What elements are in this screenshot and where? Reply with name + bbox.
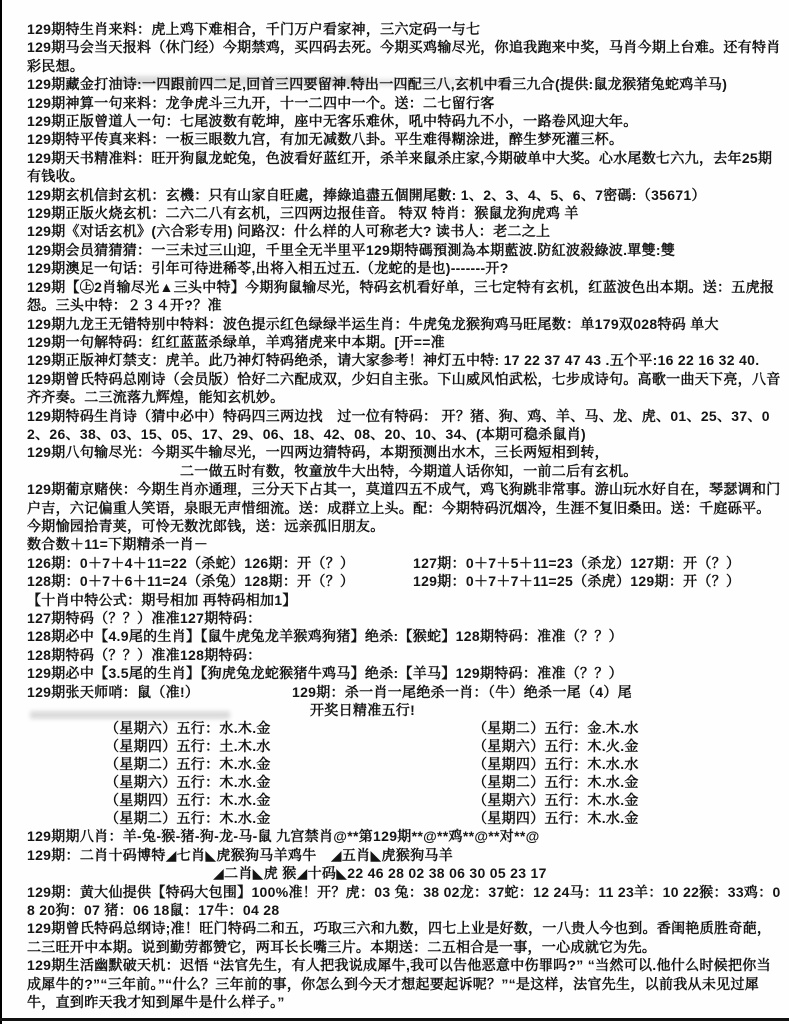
line-two-zodiac-three-heads: 129期【㊤2肖输尽光▲三头中特】今期狗鼠输尽光，特码玄机看好单，三七定特有玄机… bbox=[27, 278, 781, 315]
wuxing-cell: （星期二）五行：木.水.金 bbox=[105, 809, 473, 827]
formula-row-1: 126期：0＋7＋4＋11=22（杀蛇）126期：开（？） 127期：0＋7＋5… bbox=[27, 554, 781, 572]
formula-rule: 【十肖中特公式：期号相加 再特码相加1】 bbox=[27, 591, 781, 609]
line-fire-mystic: 129期正版火烧玄机：二六二八有玄机，三四两边报佳音。 特双 特肖：猴鼠龙狗虎鸡… bbox=[27, 204, 781, 222]
formula-header: 数合数＋11=下期精杀一肖－ bbox=[27, 535, 781, 553]
line-zengshi-outline-poem: 129期曾氏特码总纲诗;准！旺门特码二和五，巧取三六和九数，四七上业是好数，一八… bbox=[27, 919, 781, 956]
scanned-lottery-sheet: { "page": { "background": "#fefefe", "in… bbox=[0, 0, 789, 1024]
line-mystic-envelope: 129期玄机信封玄机：玄機：只有山家自旺處，捧綠追盡五個開尾數: 1、2、3、4… bbox=[27, 186, 781, 204]
line-eight-zodiac: 129期期八肖：羊-兔-猴-猪-狗-龙-马-鼠 九宫禁肖@**第129期**@*… bbox=[27, 827, 781, 845]
wuxing-row: （星期六）五行：木.水.金 （星期二）五行：木.水.金 bbox=[27, 773, 781, 791]
line-teping-fax-tip: 129期特平传真来料：一板三眼数九宫，有加无减数八卦。平生难得糊涂进，醉生梦死灌… bbox=[27, 130, 781, 148]
result-127: 127期特码（？？）准准127期特码： bbox=[27, 609, 781, 627]
must-hit-128: 128期必中【4.9尾的生肖】【鼠牛虎兔龙羊猴鸡狗猪】绝杀:【猴蛇】128期特码… bbox=[27, 627, 781, 645]
line-one-sentence-solve: 129期一句解特码：红红蓝蓝杀绿单，羊鸡猪虎来中本期。[开==准 bbox=[27, 333, 781, 351]
line-pujing-gambler: 129期葡京赌侠：今期生肖亦通理，三分天下占其一，莫道四五不成气，鸡飞狗跳非常事… bbox=[27, 480, 781, 535]
wuxing-cell: （星期二）五行：木.水.金 bbox=[105, 755, 473, 773]
line-hidden-gold-doggerel: 129期藏金打油诗:一四跟前四二足,回首三四要留神.特出一四配三八,玄机中看三九… bbox=[27, 75, 781, 93]
line-two-zodiac-ten-codes: 129期：二肖十码博特◢七肖◣虎猴狗马羊鸡牛 ◢五肖◣虎猴狗马羊 bbox=[27, 846, 781, 864]
wuxing-cell: （星期四）五行：木.水.金 bbox=[473, 809, 639, 827]
page-bottom-border bbox=[0, 1018, 789, 1021]
wuxing-cell: （星期二）五行：金.木.水 bbox=[473, 719, 639, 737]
line-zengshi-member-poem: 129期曾氏特码总刚诗（会员版）恰好二六配成双，少妇自主张。下山威风怕武松，七步… bbox=[27, 370, 781, 407]
line-eight-sentence-2: 二一做五时有数，牧童放牛大出特，今期道人话你知，一前二后有玄机。 bbox=[27, 462, 781, 480]
tip-sheet-body: 129期特生肖来料：虎上鸡下难相合，千门万户看家神，三六定码一与七 129期马会… bbox=[0, 0, 789, 1012]
line-aozu-sentence: 129期澳足一句话：引年可待进稀苓,出将入相五过五.（龙蛇的是也)-------… bbox=[27, 259, 781, 277]
formula-126: 126期：0＋7＋4＋11=22（杀蛇）126期：开（？） bbox=[27, 554, 413, 572]
line-tianshu-precise-tip: 129期天书精准料：旺开狗鼠龙蛇兔，色波看好蓝红开，杀羊来鼠杀庄家,今期破单中大… bbox=[27, 149, 781, 186]
line-eight-sentence-1: 129期八句输尽光：今期买牛输尽光，一四两边猜特码，本期预测出水木，三长两短相到… bbox=[27, 443, 781, 461]
result-128: 128期特码（？？）准准128期特码： bbox=[27, 646, 781, 664]
wuxing-cell: （星期四）五行：木.水.水 bbox=[473, 755, 639, 773]
wuxing-cell: （星期二）五行：木.水.金 bbox=[473, 773, 639, 791]
line-nine-dragon-king: 129期九龙王无错特别中特料：波色提示红色绿绿半运生肖：牛虎兔龙猴狗鸡马旺尾数：… bbox=[27, 315, 781, 333]
formula-129: 129期：0＋7＋7＋11=25（杀虎）129期：开（？） bbox=[413, 572, 781, 590]
formula-127: 127期：0＋7＋5＋11=23（杀龙）127期：开（？） bbox=[413, 554, 781, 572]
wuxing-cell: （星期六）五行：木.火.金 bbox=[473, 737, 639, 755]
line-dialogue-mystic: 129期《对话玄机》(六合彩专用) 问路汉：什么样的人可称老大? 读书人：老二之… bbox=[27, 222, 781, 240]
wuxing-cell: （星期六）五行：木.水.金 bbox=[473, 791, 639, 809]
formula-128: 128期：0＋7＋6＋11=24（杀兔）128期：开（？） bbox=[27, 572, 413, 590]
wuxing-cell: （星期四）五行：木.水.金 bbox=[105, 791, 473, 809]
line-zengdaoren-sentence: 129期正版曾道人一句：七尾波数有乾坤，座中无客乐难休，吼中特码九不小，一路卷风… bbox=[27, 112, 781, 130]
line-magic-lamp-ban: 129期正版神灯禁支：虎羊。此乃神灯特码绝杀，请大家参考！神灯五中特: 17 2… bbox=[27, 351, 781, 369]
wuxing-cell: （星期六）五行：水.木.金 bbox=[105, 719, 473, 737]
wuxing-row: （星期四）五行：木.水.金 （星期六）五行：木.水.金 bbox=[27, 791, 781, 809]
line-huangdaxian-wrap: 129期：黄大仙提供【特码大包围】100%准！开？虎：03 兔：38 02龙：3… bbox=[27, 883, 781, 920]
kill-zodiac-tail-right: 129期：杀一肖一尾绝杀一肖：（牛）绝杀一尾（4）尾 bbox=[292, 683, 781, 701]
line-member-guess: 129期会员猜猜猜：一三未过三山迎，千里全无半里平129期特碼預測為本期藍波.防… bbox=[27, 241, 781, 259]
line-ten-codes-values: ◢二肖◣虎 猴◢十码◣22 46 28 02 38 06 30 05 23 17 bbox=[27, 864, 781, 882]
wuxing-row: （星期二）五行：木.水.金 （星期四）五行：木.水.水 bbox=[27, 755, 781, 773]
formula-row-2: 128期：0＋7＋6＋11=24（杀兔）128期：开（？） 129期：0＋7＋7… bbox=[27, 572, 781, 590]
wuxing-table-title: 开奖日精准五行! bbox=[27, 701, 781, 719]
wuxing-row: （星期四）五行：土.木.水 （星期六）五行：木.火.金 bbox=[27, 737, 781, 755]
wuxing-cell: （星期六）五行：木.水.金 bbox=[105, 773, 473, 791]
line-zodiac-poem-numbers: 129期特码生肖诗（猜中必中）特码四三两边找 过一位有特码： 开？猪、狗、鸡、羊… bbox=[27, 407, 781, 444]
line-life-humor: 129期生活幽默破天机：迟悟 “法官先生，有人把我说成犀牛,我可以告他恶意中伤罪… bbox=[27, 956, 781, 1011]
wuxing-row: （星期六）五行：水.木.金 （星期二）五行：金.木.水 bbox=[27, 719, 781, 737]
wuxing-cell: （星期四）五行：土.木.水 bbox=[105, 737, 473, 755]
line-oracle-sentence: 129期神算一句来料：龙争虎斗三九开，十一二四中一个。送：二七留行客 bbox=[27, 94, 781, 112]
zhangtianshi-left: 129期张天师哨：鼠（准!） bbox=[27, 683, 292, 701]
must-hit-129: 129期必中【3.5尾的生肖】【狗虎兔龙蛇猴猪牛鸡马】绝杀:【羊马】129期特码… bbox=[27, 664, 781, 682]
line-special-zodiac-tip: 129期特生肖来料：虎上鸡下难相合，千门万户看家神，三六定码一与七 bbox=[27, 20, 781, 38]
wuxing-row: （星期二）五行：木.水.金 （星期四）五行：木.水.金 bbox=[27, 809, 781, 827]
line-jockeyclub-daily-tip: 129期马会当天报料（休门经）今期禁鸡，买四码去死。今期买鸡输尽光，你追我跑来中… bbox=[27, 38, 781, 75]
zhangtianshi-row: 129期张天师哨：鼠（准!） 129期：杀一肖一尾绝杀一肖：（牛）绝杀一尾（4）… bbox=[27, 683, 781, 701]
